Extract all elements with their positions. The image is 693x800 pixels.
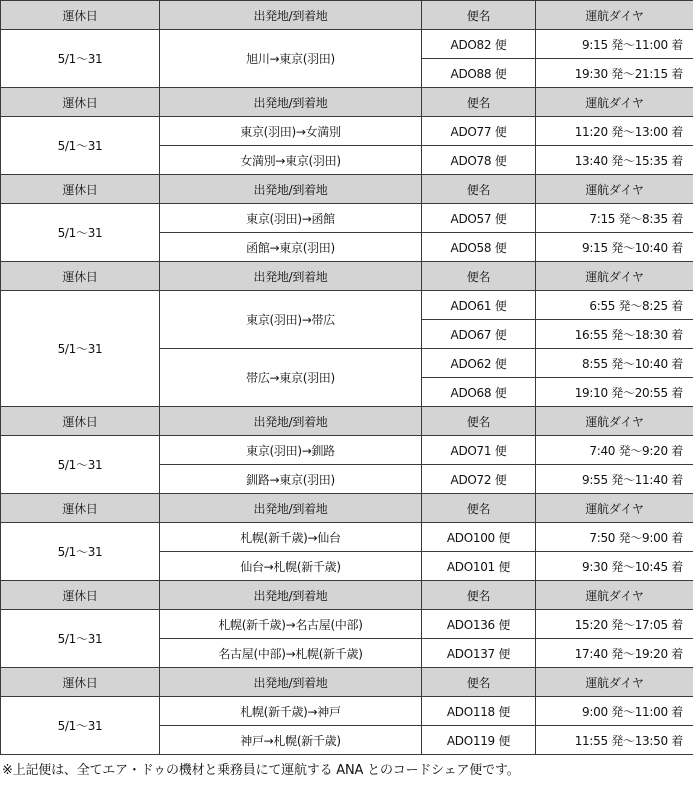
header-row: 運休日出発地/到着地便名運航ダイヤ — [1, 668, 693, 697]
header-suspension-date: 運休日 — [1, 88, 160, 117]
schedule-time-cell: 9:55 発〜11:40 着 — [536, 465, 693, 494]
table-row: 5/1〜31札幌(新千歳)→神戸ADO118 便9:00 発〜11:00 着 — [1, 697, 693, 726]
header-suspension-date: 運休日 — [1, 175, 160, 204]
table-row: 5/1〜31東京(羽田)→函館ADO57 便7:15 発〜8:35 着 — [1, 204, 693, 233]
header-flight: 便名 — [422, 494, 536, 523]
suspension-date-cell: 5/1〜31 — [1, 117, 160, 175]
schedule-time-cell: 6:55 発〜8:25 着 — [536, 291, 693, 320]
header-flight: 便名 — [422, 88, 536, 117]
schedule-time-cell: 19:30 発〜21:15 着 — [536, 59, 693, 88]
header-route: 出発地/到着地 — [160, 407, 422, 436]
schedule-time-cell: 11:55 発〜13:50 着 — [536, 726, 693, 755]
header-schedule: 運航ダイヤ — [536, 262, 693, 291]
header-schedule: 運航ダイヤ — [536, 88, 693, 117]
header-row: 運休日出発地/到着地便名運航ダイヤ — [1, 262, 693, 291]
header-suspension-date: 運休日 — [1, 262, 160, 291]
schedule-time-cell: 13:40 発〜15:35 着 — [536, 146, 693, 175]
suspension-date-cell: 5/1〜31 — [1, 697, 160, 755]
table-row: 5/1〜31札幌(新千歳)→名古屋(中部)ADO136 便15:20 発〜17:… — [1, 610, 693, 639]
schedule-time-cell: 9:30 発〜10:45 着 — [536, 552, 693, 581]
table-row: 5/1〜31東京(羽田)→女満別ADO77 便11:20 発〜13:00 着 — [1, 117, 693, 146]
flight-number-cell: ADO88 便 — [422, 59, 536, 88]
schedule-time-cell: 19:10 発〜20:55 着 — [536, 378, 693, 407]
route-cell: 名古屋(中部)→札幌(新千歳) — [160, 639, 422, 668]
suspension-date-cell: 5/1〜31 — [1, 436, 160, 494]
table-body: 運休日出発地/到着地便名運航ダイヤ5/1〜31旭川→東京(羽田)ADO82 便9… — [1, 1, 693, 755]
flight-number-cell: ADO136 便 — [422, 610, 536, 639]
header-route: 出発地/到着地 — [160, 494, 422, 523]
schedule-time-cell: 11:20 発〜13:00 着 — [536, 117, 693, 146]
route-cell: 釧路→東京(羽田) — [160, 465, 422, 494]
route-cell: 旭川→東京(羽田) — [160, 30, 422, 88]
route-cell: 函館→東京(羽田) — [160, 233, 422, 262]
suspension-date-cell: 5/1〜31 — [1, 610, 160, 668]
schedule-time-cell: 17:40 発〜19:20 着 — [536, 639, 693, 668]
header-route: 出発地/到着地 — [160, 175, 422, 204]
flight-number-cell: ADO82 便 — [422, 30, 536, 59]
header-row: 運休日出発地/到着地便名運航ダイヤ — [1, 88, 693, 117]
header-suspension-date: 運休日 — [1, 581, 160, 610]
flight-number-cell: ADO57 便 — [422, 204, 536, 233]
header-route: 出発地/到着地 — [160, 88, 422, 117]
header-flight: 便名 — [422, 175, 536, 204]
route-cell: 仙台→札幌(新千歳) — [160, 552, 422, 581]
header-route: 出発地/到着地 — [160, 1, 422, 30]
header-route: 出発地/到着地 — [160, 668, 422, 697]
header-suspension-date: 運休日 — [1, 668, 160, 697]
header-row: 運休日出発地/到着地便名運航ダイヤ — [1, 494, 693, 523]
route-cell: 東京(羽田)→釧路 — [160, 436, 422, 465]
flight-number-cell: ADO137 便 — [422, 639, 536, 668]
schedule-time-cell: 7:50 発〜9:00 着 — [536, 523, 693, 552]
flight-number-cell: ADO68 便 — [422, 378, 536, 407]
schedule-time-cell: 7:40 発〜9:20 着 — [536, 436, 693, 465]
suspension-date-cell: 5/1〜31 — [1, 291, 160, 407]
schedule-time-cell: 7:15 発〜8:35 着 — [536, 204, 693, 233]
flight-number-cell: ADO72 便 — [422, 465, 536, 494]
schedule-time-cell: 9:00 発〜11:00 着 — [536, 697, 693, 726]
flight-number-cell: ADO62 便 — [422, 349, 536, 378]
schedule-time-cell: 15:20 発〜17:05 着 — [536, 610, 693, 639]
route-cell: 東京(羽田)→女満別 — [160, 117, 422, 146]
header-schedule: 運航ダイヤ — [536, 175, 693, 204]
table-row: 5/1〜31札幌(新千歳)→仙台ADO100 便7:50 発〜9:00 着 — [1, 523, 693, 552]
header-suspension-date: 運休日 — [1, 494, 160, 523]
suspension-date-cell: 5/1〜31 — [1, 30, 160, 88]
route-cell: 札幌(新千歳)→仙台 — [160, 523, 422, 552]
header-schedule: 運航ダイヤ — [536, 581, 693, 610]
schedule-time-cell: 9:15 発〜10:40 着 — [536, 233, 693, 262]
header-row: 運休日出発地/到着地便名運航ダイヤ — [1, 581, 693, 610]
header-flight: 便名 — [422, 581, 536, 610]
flight-number-cell: ADO58 便 — [422, 233, 536, 262]
header-row: 運休日出発地/到着地便名運航ダイヤ — [1, 1, 693, 30]
route-cell: 札幌(新千歳)→神戸 — [160, 697, 422, 726]
header-flight: 便名 — [422, 668, 536, 697]
header-route: 出発地/到着地 — [160, 262, 422, 291]
schedule-time-cell: 8:55 発〜10:40 着 — [536, 349, 693, 378]
route-cell: 東京(羽田)→帯広 — [160, 291, 422, 349]
flight-number-cell: ADO71 便 — [422, 436, 536, 465]
route-cell: 札幌(新千歳)→名古屋(中部) — [160, 610, 422, 639]
header-schedule: 運航ダイヤ — [536, 407, 693, 436]
flight-number-cell: ADO100 便 — [422, 523, 536, 552]
route-cell: 神戸→札幌(新千歳) — [160, 726, 422, 755]
flight-suspension-table: 運休日出発地/到着地便名運航ダイヤ5/1〜31旭川→東京(羽田)ADO82 便9… — [0, 0, 693, 755]
schedule-time-cell: 16:55 発〜18:30 着 — [536, 320, 693, 349]
header-schedule: 運航ダイヤ — [536, 494, 693, 523]
header-schedule: 運航ダイヤ — [536, 1, 693, 30]
route-cell: 女満別→東京(羽田) — [160, 146, 422, 175]
route-cell: 東京(羽田)→函館 — [160, 204, 422, 233]
flight-number-cell: ADO77 便 — [422, 117, 536, 146]
table-row: 5/1〜31旭川→東京(羽田)ADO82 便9:15 発〜11:00 着 — [1, 30, 693, 59]
header-route: 出発地/到着地 — [160, 581, 422, 610]
footnote: ※上記便は、全てエア・ドゥの機材と乗務員にて運航する ANA とのコードシェア便… — [0, 759, 693, 778]
table-row: 5/1〜31東京(羽田)→釧路ADO71 便7:40 発〜9:20 着 — [1, 436, 693, 465]
header-suspension-date: 運休日 — [1, 407, 160, 436]
header-flight: 便名 — [422, 407, 536, 436]
header-row: 運休日出発地/到着地便名運航ダイヤ — [1, 407, 693, 436]
table-row: 5/1〜31東京(羽田)→帯広ADO61 便6:55 発〜8:25 着 — [1, 291, 693, 320]
flight-number-cell: ADO101 便 — [422, 552, 536, 581]
suspension-date-cell: 5/1〜31 — [1, 523, 160, 581]
route-cell: 帯広→東京(羽田) — [160, 349, 422, 407]
flight-number-cell: ADO78 便 — [422, 146, 536, 175]
schedule-time-cell: 9:15 発〜11:00 着 — [536, 30, 693, 59]
flight-number-cell: ADO67 便 — [422, 320, 536, 349]
flight-number-cell: ADO119 便 — [422, 726, 536, 755]
header-flight: 便名 — [422, 1, 536, 30]
suspension-date-cell: 5/1〜31 — [1, 204, 160, 262]
header-suspension-date: 運休日 — [1, 1, 160, 30]
header-schedule: 運航ダイヤ — [536, 668, 693, 697]
flight-number-cell: ADO61 便 — [422, 291, 536, 320]
flight-number-cell: ADO118 便 — [422, 697, 536, 726]
header-row: 運休日出発地/到着地便名運航ダイヤ — [1, 175, 693, 204]
header-flight: 便名 — [422, 262, 536, 291]
